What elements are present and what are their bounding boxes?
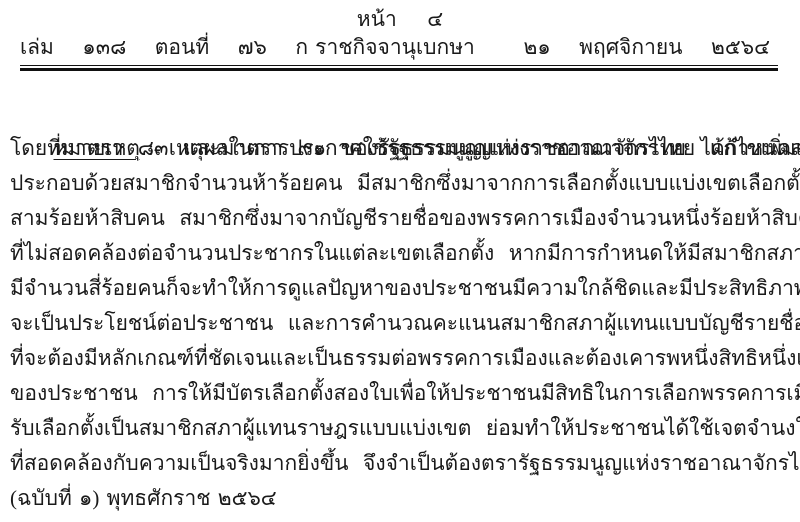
note-line: ที่ไม่สอดคล้องต่อจำนวนประชากรในแต่ละเขตเ…	[10, 236, 790, 271]
gazette-page: หน้า ๔ เล่ม ๑๓๘ ตอนที่ ๗๖ ก ราชกิจจานุเบ…	[0, 0, 800, 522]
note-line-last: (ฉบับที่ ๑) พุทธศักราช ๒๕๖๔	[10, 481, 790, 516]
publication-date: ๒๑ พฤศจิกายน ๒๕๖๔	[475, 34, 770, 60]
page-header: หน้า ๔ เล่ม ๑๓๘ ตอนที่ ๗๖ ก ราชกิจจานุเบ…	[0, 0, 800, 71]
note-paragraph: หมายเหตุ:-เหตุผลในการประกาศใช้รัฐธรรมนูญ…	[0, 71, 800, 516]
note-line: ที่จะต้องมีหลักเกณฑ์ที่ชัดเจนและเป็นธรรม…	[10, 341, 790, 376]
note-line: สามร้อยห้าสิบคน สมาชิกซึ่งมาจากบัญชีรายช…	[10, 201, 790, 236]
note-line: ที่สอดคล้องกับความเป็นจริงมากยิ่งขึ้น จึ…	[10, 446, 790, 481]
note-line: จะเป็นประโยชน์ต่อประชาชน และการคำนวณคะแน…	[10, 306, 790, 341]
note-line-first: หมายเหตุ:-เหตุผลในการประกาศใช้รัฐธรรมนูญ…	[10, 96, 790, 131]
note-line: โดยที่มาตรา ๘๓ และมาตรา ๙๑ ของรัฐธรรมนูญ…	[10, 131, 790, 166]
note-line: ประกอบด้วยสมาชิกจำนวนห้าร้อยคน มีสมาชิกซ…	[10, 166, 790, 201]
note-line: รับเลือกตั้งเป็นสมาชิกสภาผู้แทนราษฎรแบบแ…	[10, 411, 790, 446]
note-line: มีจำนวนสี่ร้อยคนก็จะทำให้การดูแลปัญหาของ…	[10, 271, 790, 306]
page-number-label: หน้า ๔	[0, 6, 800, 32]
note-line: ของประชาชน การให้มีบัตรเลือกตั้งสองใบเพื…	[10, 376, 790, 411]
header-row: เล่ม ๑๓๘ ตอนที่ ๗๖ ก ราชกิจจานุเบกษา ๒๑ …	[0, 32, 800, 60]
volume-issue-label: เล่ม ๑๓๘ ตอนที่ ๗๖ ก	[20, 34, 315, 60]
gazette-title: ราชกิจจานุเบกษา	[315, 34, 475, 60]
